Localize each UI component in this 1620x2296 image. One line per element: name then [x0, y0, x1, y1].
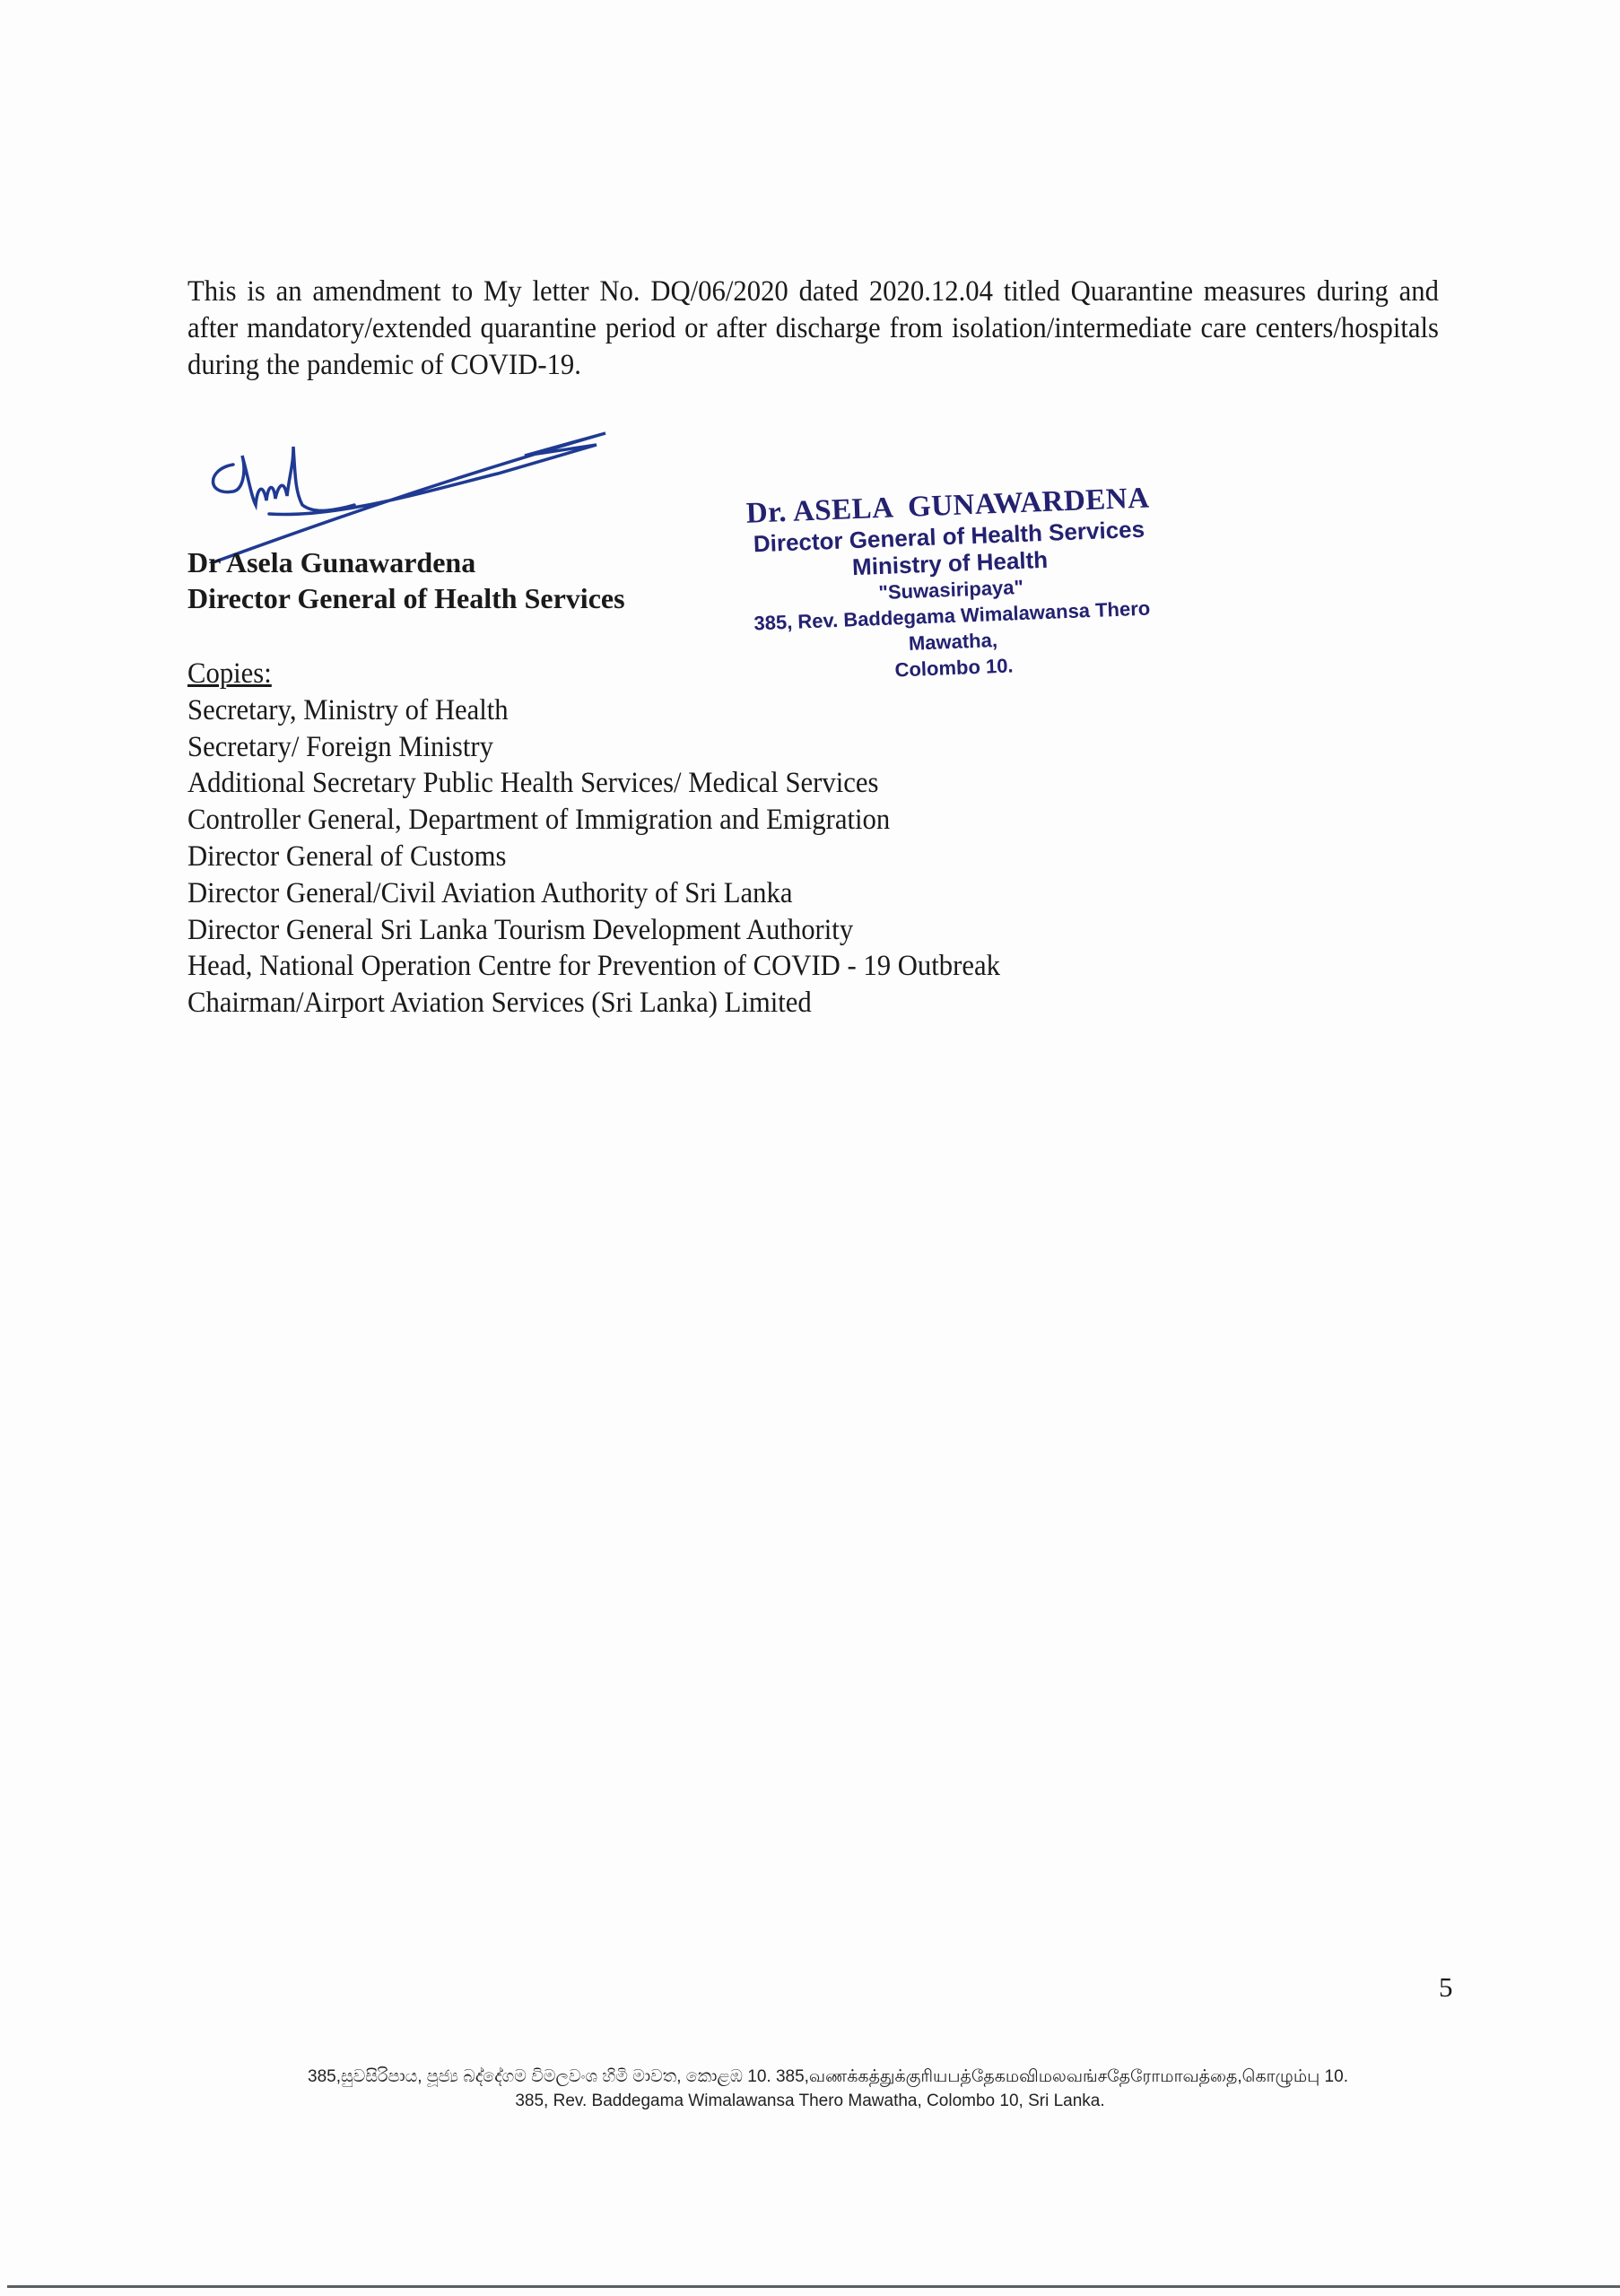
document-page: This is an amendment to My letter No. DQ…: [0, 0, 1620, 2296]
page-number: 5: [1439, 1971, 1453, 2004]
signature-icon: [202, 429, 623, 563]
copy-recipient: Head, National Operation Centre for Prev…: [187, 948, 1000, 985]
copy-recipient: Director General/Civil Aviation Authorit…: [187, 875, 1000, 912]
copy-recipient: Director General Sri Lanka Tourism Devel…: [187, 912, 1000, 949]
signer-name: Dr Asela Gunawardena: [187, 544, 625, 580]
copy-recipient: Secretary/ Foreign Ministry: [187, 729, 1000, 766]
copies-heading: Copies:: [187, 656, 1000, 692]
letterhead-footer: 385,සුවසිරිපාය, පූජ්‍ය බද්දේගම විමලවංශ හ…: [0, 2065, 1620, 2113]
copy-recipient: Director General of Customs: [187, 839, 1000, 875]
footer-address-local: 385,සුවසිරිපාය, පූජ්‍ය බද්දේගම විමලවංශ හ…: [0, 2065, 1620, 2089]
footer-divider: [7, 2285, 1620, 2288]
copy-recipient: Secretary, Ministry of Health: [187, 692, 1000, 729]
copies-list: Copies: Secretary, Ministry of Health Se…: [187, 656, 1000, 1022]
copy-recipient: Additional Secretary Public Health Servi…: [187, 765, 1000, 802]
copy-recipient: Controller General, Department of Immigr…: [187, 802, 1000, 839]
copy-recipient: Chairman/Airport Aviation Services (Sri …: [187, 985, 1000, 1022]
footer-address-english: 385, Rev. Baddegama Wimalawansa Thero Ma…: [0, 2089, 1620, 2113]
signer-block: Dr Asela Gunawardena Director General of…: [187, 544, 625, 616]
signer-title: Director General of Health Services: [187, 580, 625, 616]
body-paragraph: This is an amendment to My letter No. DQ…: [187, 274, 1439, 384]
